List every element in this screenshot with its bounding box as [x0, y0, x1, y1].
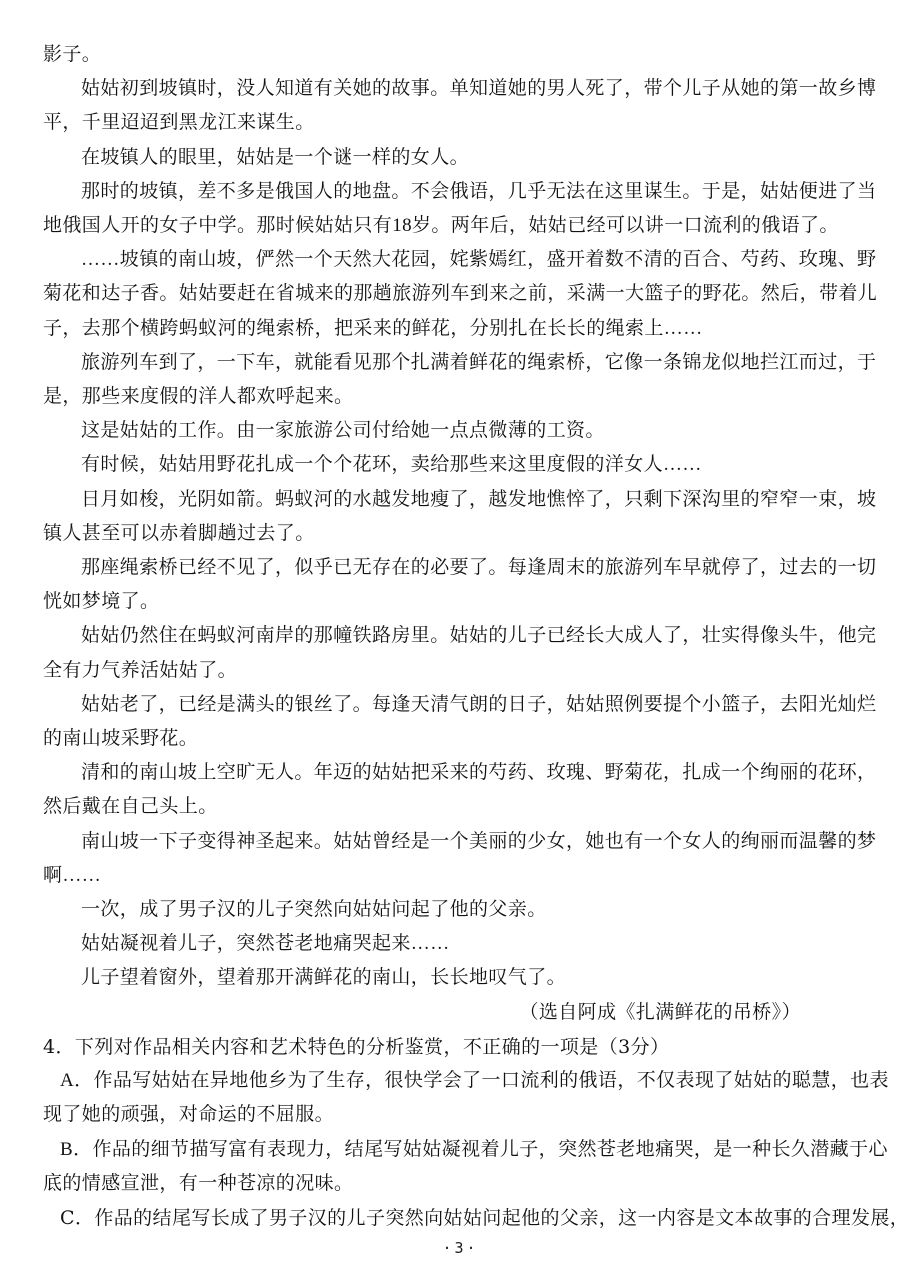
passage-line: 有时候，姑姑用野花扎成一个个花环，卖给那些来这里度假的洋女人…… — [43, 448, 881, 482]
passage-line: 姑姑凝视着儿子，突然苍老地痛哭起来…… — [43, 927, 881, 961]
option-a-line-1: A．作品写姑姑在异地他乡为了生存，很快学会了一口流利的俄语，不仅表现了姑姑的聪慧… — [43, 1064, 881, 1098]
passage-line: 清和的南山坡上空旷无人。年迈的姑姑把采来的芍药、玫瑰、野菊花，扎成一个绚丽的花环… — [43, 756, 881, 790]
passage-line: 在坡镇人的眼里，姑姑是一个谜一样的女人。 — [43, 141, 881, 175]
passage-line: 恍如梦境了。 — [43, 585, 881, 619]
passage-line: 那座绳索桥已经不见了，似乎已无存在的必要了。每逢周末的旅游列车早就停了，过去的一… — [43, 551, 881, 585]
option-a-line-2: 现了她的顽强，对命运的不屈服。 — [43, 1098, 881, 1132]
passage-line: 子，去那个横跨蚂蚁河的绳索桥，把采来的鲜花，分别扎在长长的绳索上…… — [43, 312, 881, 346]
passage-line: 平，千里迢迢到黑龙江来谋生。 — [43, 106, 881, 140]
page-content: 影子。 姑姑初到坡镇时，没人知道有关她的故事。单知道她的男人死了，带个儿子从她的… — [0, 0, 921, 1235]
question-4-stem: 4．下列对作品相关内容和艺术特色的分析鉴赏，不正确的一项是（3分） — [43, 1030, 881, 1064]
passage-line: 影子。 — [43, 38, 881, 72]
passage-line: 这是姑姑的工作。由一家旅游公司付给她一点点微薄的工资。 — [43, 414, 881, 448]
passage-line: 是，那些来度假的洋人都欢呼起来。 — [43, 380, 881, 414]
passage-line: 啊…… — [43, 859, 881, 893]
passage-line: 南山坡一下子变得神圣起来。姑姑曾经是一个美丽的少女，她也有一个女人的绚丽而温馨的… — [43, 825, 881, 859]
passage-line: 菊花和达子香。姑姑要赶在省城来的那趟旅游列车到来之前，采满一大篮子的野花。然后，… — [43, 277, 881, 311]
passage-line: 姑姑老了，已经是满头的银丝了。每逢天清气朗的日子，姑姑照例要提个小篮子，去阳光灿… — [43, 688, 881, 722]
reading-passage: 影子。 姑姑初到坡镇时，没人知道有关她的故事。单知道她的男人死了，带个儿子从她的… — [43, 38, 881, 1030]
passage-line: 全有力气养活姑姑了。 — [43, 654, 881, 688]
source-attribution: （选自阿成《扎满鲜花的吊桥》） — [43, 996, 881, 1030]
passage-line: 旅游列车到了，一下车，就能看见那个扎满着鲜花的绳索桥，它像一条锦龙似地拦江而过，… — [43, 346, 881, 380]
passage-line: 镇人甚至可以赤着脚趟过去了。 — [43, 517, 881, 551]
passage-line: 一次，成了男子汉的儿子突然向姑姑问起了他的父亲。 — [43, 893, 881, 927]
option-b-line-1: B．作品的细节描写富有表现力，结尾写姑姑凝视着儿子，突然苍老地痛哭，是一种长久潜… — [43, 1133, 881, 1167]
question-4: 4．下列对作品相关内容和艺术特色的分析鉴赏，不正确的一项是（3分） A．作品写姑… — [43, 1030, 881, 1235]
passage-line: 日月如梭，光阴如箭。蚂蚁河的水越发地瘦了，越发地憔悴了，只剩下深沟里的窄窄一束，… — [43, 483, 881, 517]
passage-line: 儿子望着窗外，望着那开满鲜花的南山，长长地叹气了。 — [43, 961, 881, 995]
exam-page: 影子。 姑姑初到坡镇时，没人知道有关她的故事。单知道她的男人死了，带个儿子从她的… — [0, 0, 921, 1276]
passage-line: ……坡镇的南山坡，俨然一个天然大花园，姹紫嫣红，盛开着数不清的百合、芍药、玫瑰、… — [43, 243, 881, 277]
option-c-line-1: C．作品的结尾写长成了男子汉的儿子突然向姑姑问起他的父亲，这一内容是文本故事的合… — [43, 1201, 881, 1235]
option-b-line-2: 底的情感宣泄，有一种苍凉的况味。 — [43, 1167, 881, 1201]
page-number: ·3· — [0, 1238, 921, 1258]
passage-line: 的南山坡采野花。 — [43, 722, 881, 756]
passage-line: 那时的坡镇，差不多是俄国人的地盘。不会俄语，几乎无法在这里谋生。于是，姑姑便进了… — [43, 175, 881, 209]
passage-line: 然后戴在自己头上。 — [43, 790, 881, 824]
passage-line: 姑姑仍然住在蚂蚁河南岸的那幢铁路房里。姑姑的儿子已经长大成人了，壮实得像头牛，他… — [43, 619, 881, 653]
passage-line: 地俄国人开的女子中学。那时候姑姑只有18岁。两年后，姑姑已经可以讲一口流利的俄语… — [43, 209, 881, 243]
passage-line: 姑姑初到坡镇时，没人知道有关她的故事。单知道她的男人死了，带个儿子从她的第一故乡… — [43, 72, 881, 106]
